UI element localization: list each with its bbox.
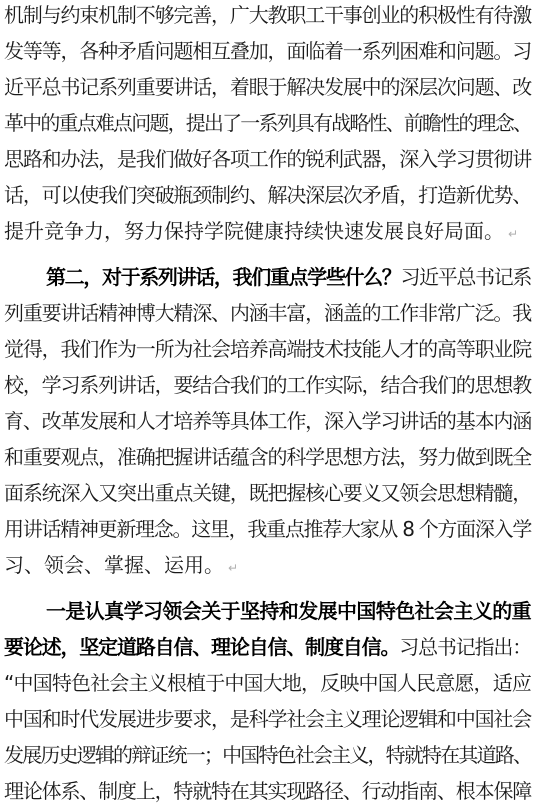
line-text: 发等等，各种矛盾问题相互叠加，面临着一系列困难和问题。习 bbox=[4, 39, 531, 63]
line-text: 习近平总书记系 bbox=[400, 265, 531, 289]
line-text: 觉得，我们作为一所为社会培养高端技术技能人才的高等职业院 bbox=[4, 337, 531, 361]
text-line: 理论体系、制度上，特就特在其实现路径、行动指南、根本保障 bbox=[4, 778, 531, 804]
section-heading-line: 要论述，坚定道路自信、理论自信、制度自信。习总书记指出： bbox=[4, 634, 531, 660]
text-line: 思路和办法，是我们做好各项工作的锐利武器，深入学习贯彻讲 bbox=[4, 146, 531, 172]
paragraph-mark-icon: ↵ bbox=[508, 227, 518, 241]
line-text: 革中的重点难点问题，提出了一系列具有战略性、前瞻性的理念、 bbox=[4, 111, 531, 135]
line-text: 提升竞争力，努力保持学院健康持续快速发展良好局面。 bbox=[4, 219, 504, 243]
line-text: 习、领会、掌握、运用。 bbox=[4, 553, 224, 577]
section-heading-line: 第二，对于系列讲话，我们重点学些什么？习近平总书记系 bbox=[46, 264, 531, 290]
text-line: 中国和时代发展进步要求，是科学社会主义理论逻辑和中国社会 bbox=[4, 706, 531, 732]
line-text: 习总书记指出： bbox=[399, 635, 531, 659]
line-text: 和重要观点，准确把握讲话蕴含的科学思想方法，努力做到既全 bbox=[4, 445, 531, 469]
text-line: 提升竞争力，努力保持学院健康持续快速发展良好局面。↵ bbox=[4, 218, 531, 244]
text-line: 革中的重点难点问题，提出了一系列具有战略性、前瞻性的理念、 bbox=[4, 110, 531, 136]
line-text: 校，学习系列讲话，要结合我们的工作实际，结合我们的思想教 bbox=[4, 373, 531, 397]
line-text: “中国特色社会主义根植于中国大地，反映中国人民意愿，适应 bbox=[4, 671, 531, 695]
section-heading: 一是认真学习领会关于坚持和发展中国特色社会主义的重 bbox=[46, 599, 531, 623]
line-text: 中国和时代发展进步要求，是科学社会主义理论逻辑和中国社会 bbox=[4, 707, 531, 731]
text-line: 话，可以使我们突破瓶颈制约、解决深层次矛盾，打造新优势、 bbox=[4, 182, 531, 208]
paragraph-mark-icon: ↵ bbox=[228, 561, 238, 575]
section-heading-line: 一是认真学习领会关于坚持和发展中国特色社会主义的重 bbox=[46, 598, 531, 624]
section-heading: 要论述，坚定道路自信、理论自信、制度自信。 bbox=[4, 635, 399, 659]
text-line: 习、领会、掌握、运用。↵ bbox=[4, 552, 531, 578]
document-page: 机制与约束机制不够完善，广大教职工干事创业的积极性有待激 发等等，各种矛盾问题相… bbox=[0, 0, 533, 810]
text-line: “中国特色社会主义根植于中国大地，反映中国人民意愿，适应 bbox=[4, 670, 531, 696]
line-text: 机制与约束机制不够完善，广大教职工干事创业的积极性有待激 bbox=[4, 3, 531, 27]
line-text: 列重要讲话精神博大精深、内涵丰富，涵盖的工作非常广泛。我 bbox=[4, 301, 531, 325]
text-line: 近平总书记系列重要讲话，着眼于解决发展中的深层次问题、改 bbox=[4, 74, 531, 100]
line-text: 育、改革发展和人才培养等具体工作，深入学习讲话的基本内涵 bbox=[4, 409, 531, 433]
text-line: 面系统深入又突出重点关键，既把握核心要义又领会思想精髓， bbox=[4, 480, 531, 506]
text-line: 发展历史逻辑的辩证统一；中国特色社会主义，特就特在其道路、 bbox=[4, 742, 531, 768]
text-line: 和重要观点，准确把握讲话蕴含的科学思想方法，努力做到既全 bbox=[4, 444, 531, 470]
line-text: 用讲话精神更新理念。这里，我重点推荐大家从 8 个方面深入学 bbox=[4, 517, 531, 541]
line-text: 面系统深入又突出重点关键，既把握核心要义又领会思想精髓， bbox=[4, 481, 531, 505]
text-line: 列重要讲话精神博大精深、内涵丰富，涵盖的工作非常广泛。我 bbox=[4, 300, 531, 326]
text-line: 发等等，各种矛盾问题相互叠加，面临着一系列困难和问题。习 bbox=[4, 38, 531, 64]
line-text: 近平总书记系列重要讲话，着眼于解决发展中的深层次问题、改 bbox=[4, 75, 531, 99]
text-line: 校，学习系列讲话，要结合我们的工作实际，结合我们的思想教 bbox=[4, 372, 531, 398]
text-line: 用讲话精神更新理念。这里，我重点推荐大家从 8 个方面深入学 bbox=[4, 516, 531, 542]
text-line: 机制与约束机制不够完善，广大教职工干事创业的积极性有待激 bbox=[4, 2, 531, 28]
text-line: 觉得，我们作为一所为社会培养高端技术技能人才的高等职业院 bbox=[4, 336, 531, 362]
text-line: 育、改革发展和人才培养等具体工作，深入学习讲话的基本内涵 bbox=[4, 408, 531, 434]
line-text: 话，可以使我们突破瓶颈制约、解决深层次矛盾，打造新优势、 bbox=[4, 183, 531, 207]
section-heading: 第二，对于系列讲话，我们重点学些什么？ bbox=[46, 265, 400, 289]
line-text: 发展历史逻辑的辩证统一；中国特色社会主义，特就特在其道路、 bbox=[4, 743, 531, 767]
line-text: 理论体系、制度上，特就特在其实现路径、行动指南、根本保障 bbox=[4, 779, 531, 803]
line-text: 思路和办法，是我们做好各项工作的锐利武器，深入学习贯彻讲 bbox=[4, 147, 531, 171]
